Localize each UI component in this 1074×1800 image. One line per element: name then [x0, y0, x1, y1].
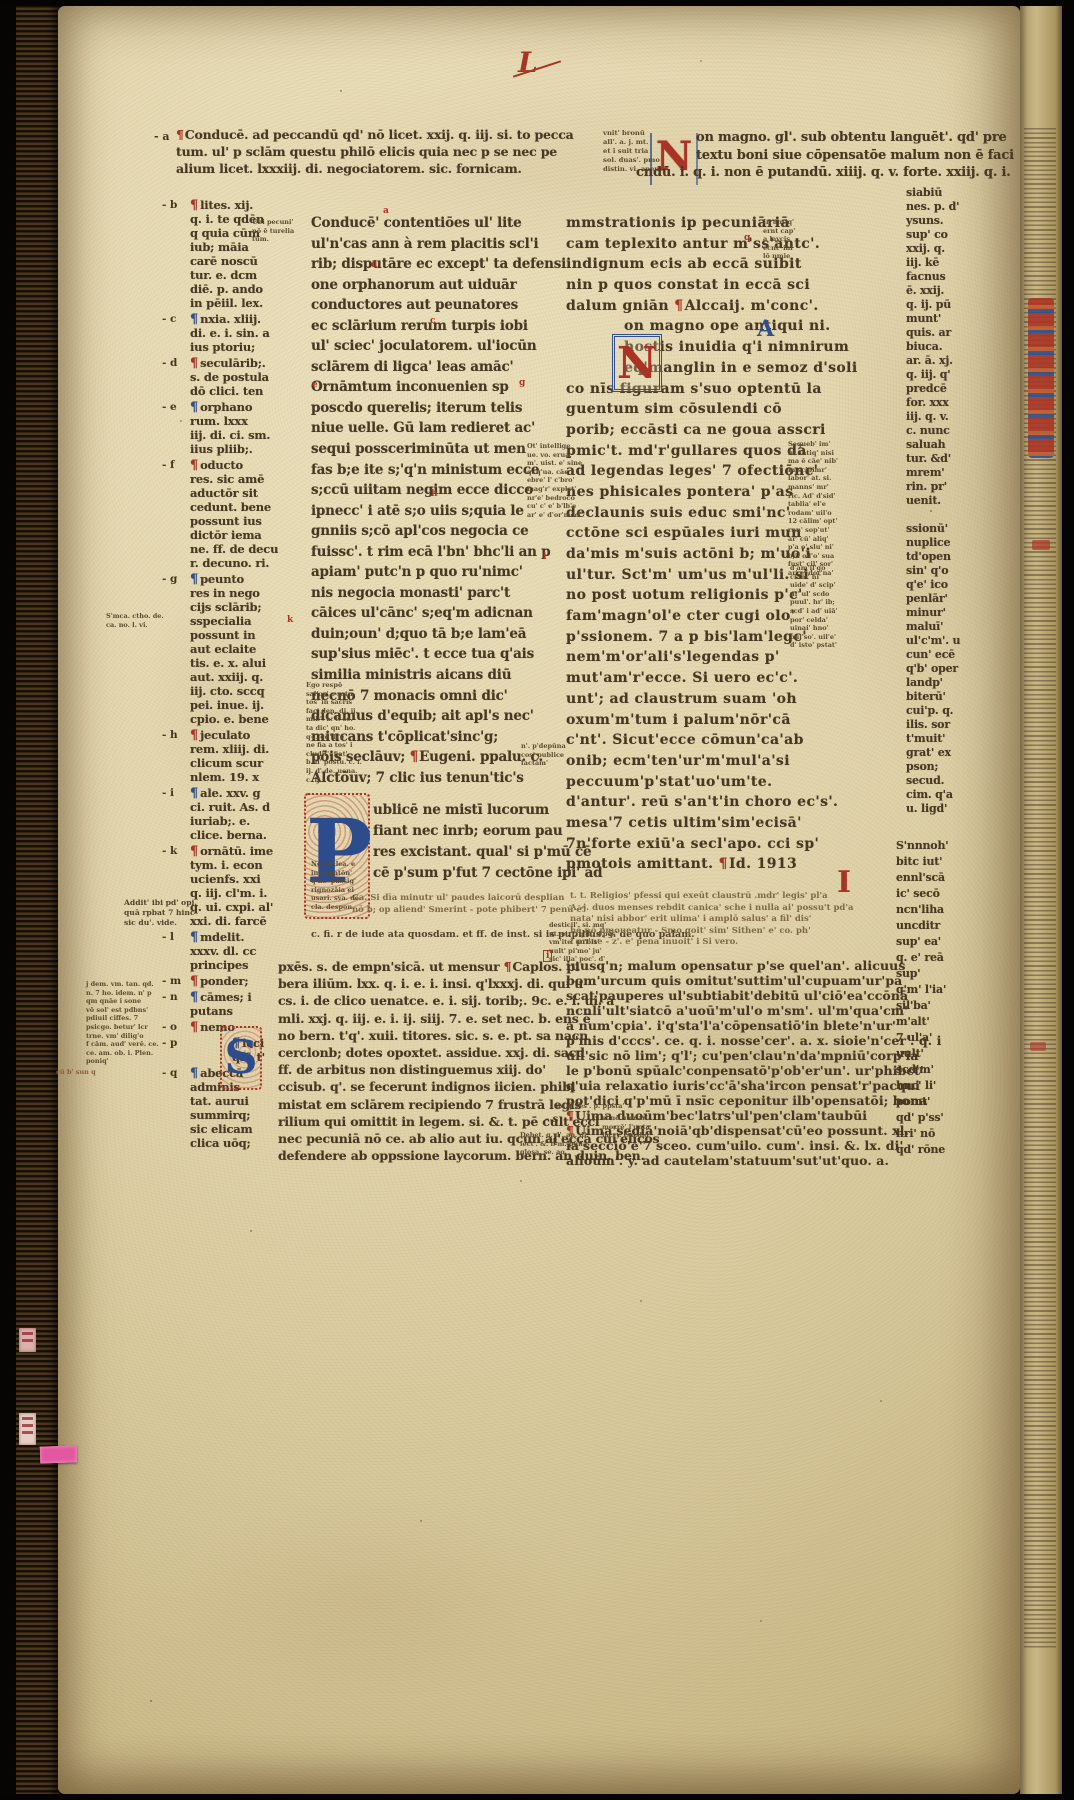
text-line: facnus	[906, 270, 959, 284]
text-line: tym. i. econ	[190, 858, 310, 872]
text-line: lō nmie	[763, 252, 795, 261]
text-line: ¶lites. xij.	[190, 198, 310, 212]
top-left-gloss-block: ¶Conducē. ad peccandū qd' nō licet. xxij…	[176, 126, 574, 177]
paraph-mark: ¶	[190, 356, 200, 371]
text-line: c. nunc	[906, 424, 959, 438]
text-line: t. t. Religios' pfessi qui exeūt claustr…	[570, 891, 853, 903]
bookmark-tab-pink-upper	[19, 1328, 36, 1352]
text-line: ut. e'. i. q'd'. d'pos'	[549, 930, 618, 939]
text-line: tos' in sacris	[306, 698, 362, 707]
text-line: biterū'	[906, 690, 960, 704]
text-line: Addit' ibi pd' opi.	[124, 898, 197, 908]
text-line: diē. p. ando	[190, 282, 310, 296]
text-line: q. ij. pū	[906, 298, 959, 312]
entry-marker-letter: - i	[162, 787, 174, 799]
text-line: ¶ornātū. ime	[190, 844, 310, 858]
text-line: n'. p'depūna	[521, 742, 566, 751]
reference-mark: - s	[545, 1114, 558, 1125]
reference-mark: d	[371, 260, 377, 270]
text-line: ius ptoriu;	[190, 340, 310, 354]
text-line: uncditr	[896, 918, 948, 934]
text-line: iij. di. ci. sm.	[190, 428, 310, 442]
margin-note-antiq: In antiq'ernt cap'a laycisecnt' inilō nm…	[763, 218, 795, 261]
text-line: hnc' li'	[896, 1078, 948, 1094]
text-line: xxij. q.	[906, 242, 959, 256]
text-line: sil'ba'	[896, 998, 948, 1014]
intercolumn-gloss-ot: Ot' intelligeue. vo. erua.m'. uist. e' s…	[527, 442, 582, 519]
paraph-mark: ¶	[190, 974, 200, 989]
text-line: ¶jeculato	[190, 728, 310, 742]
text-line: ebre' l' c'bro'	[527, 476, 582, 485]
text-line: ¶nxia. xliij.	[190, 312, 310, 326]
margin-note-sequeb: Sequeb' im'in antiq' nisima ē cāe' nib'i…	[788, 440, 838, 578]
text-line: Ca. Si dīa minutr ul' paudes laicorū des…	[352, 893, 584, 905]
text-line: vm'ite' uo'bis'	[549, 938, 618, 947]
reference-mark: a	[383, 206, 389, 216]
text-line: ¶peunto	[190, 572, 310, 586]
text-line: res. sic amē	[190, 472, 310, 486]
text-line: qm qnāe i sone	[86, 997, 159, 1006]
text-line: ¶ale. xxv. g	[190, 786, 310, 800]
text-line: penlār'	[906, 592, 960, 606]
text-line: q. iij. q'	[906, 368, 959, 382]
text-line: ul'c'm'. u	[906, 634, 960, 648]
margin-gloss-entry: - b¶lites. xij.q. i. te qdēnq quia cūmiu…	[190, 198, 310, 310]
text-line: sclārem di ligca' leas amāc'	[311, 357, 565, 378]
text-line: peccuum'p'stat'uo'um'te.	[566, 772, 914, 793]
entry-marker-letter: - f	[162, 459, 175, 471]
text-line: poscdo querelis; iterum telis	[311, 398, 565, 419]
intercolumn-gloss-destic: desticil'. si. mq'ut. e'. i. q'd'. d'pos…	[549, 921, 618, 964]
paraph-mark: ¶	[719, 856, 729, 872]
text-line: S'mca. ctho. de.	[106, 612, 164, 621]
text-line: sup'	[896, 966, 948, 982]
text-line: mag'r' explct'	[527, 485, 582, 494]
text-line: qd' p'ss'	[896, 1110, 948, 1126]
margin-note-dam: d'am'il'goclam' hi'uide' d' scip'ni' ul'…	[790, 564, 838, 650]
text-line: ul' sciec' joculatorem. ul'iocūn	[311, 336, 565, 357]
text-line: ad legendas leges' 7 ofectiōnc'	[566, 461, 914, 482]
text-line: ne. ff. de decu	[190, 542, 310, 556]
facing-folio-decorated-initial	[1028, 298, 1054, 458]
text-line: pmotois amittant. ¶Id. 1913	[566, 854, 914, 875]
text-line: di. e. i. sin. a	[190, 326, 310, 340]
text-line: predcē	[906, 382, 959, 396]
text-line: u. ligd'	[906, 802, 960, 816]
text-line: Ego respō	[306, 681, 362, 690]
text-line: guentum sim cōsulendi cō	[566, 399, 914, 420]
text-line: munt'	[906, 312, 959, 326]
text-line: ta dic' qn' ho.	[306, 724, 362, 733]
text-line: one orphanorum aut uiduār	[311, 275, 565, 296]
text-line: landp'	[906, 676, 960, 690]
text-line: glosa. se. ao.	[520, 1148, 589, 1157]
text-line: ucienfs. xxi	[190, 872, 310, 886]
text-line: factam'	[521, 759, 566, 768]
text-line: td'open	[906, 550, 960, 564]
text-line: sal'os' o satu	[306, 690, 362, 699]
text-line: ni' ul' scdo	[790, 590, 838, 599]
text-line: pomt'	[896, 1094, 948, 1110]
text-line: uide' d' scip'	[790, 581, 838, 590]
text-line: ar' e' d'or'mōd'	[527, 511, 582, 520]
text-line: uult'	[896, 1046, 948, 1062]
text-line: nis negocia monasti' parc't	[311, 583, 565, 604]
text-line: possunt in	[190, 628, 310, 642]
text-line: q. ui. cxpi. al'	[190, 900, 310, 914]
text-line: lacry. Gaishg'	[602, 1131, 651, 1140]
text-line: mrem'	[906, 466, 959, 480]
margin-note-addit: Addit' ibi pd' opi.quā rpbat 7 hincsic d…	[124, 898, 197, 928]
text-line: ennl'scā	[896, 870, 948, 886]
text-line: rignozāia ei	[311, 886, 361, 895]
text-line: vō sol' est pdbns'	[86, 1006, 159, 1015]
paraph-mark: ¶	[190, 312, 200, 327]
paraph-mark: ¶	[190, 844, 200, 859]
text-line: q'uia relaxatio iuris'cc'ā'sha'ircon pen…	[566, 1078, 942, 1093]
entry-marker-letter: - b	[162, 199, 177, 211]
text-line: hri' nō	[896, 1126, 948, 1142]
margin-gloss-entry: - d¶seculārib;.s. de postuladō clici. te…	[190, 356, 310, 398]
text-line: In antiq'	[763, 218, 795, 227]
text-line: cu' c' e' b'lb'e	[527, 502, 582, 511]
text-line: ma ē cāe' nib'	[788, 457, 838, 466]
text-line: ca. no. l. vi.	[106, 621, 164, 630]
text-line: pul'so'. uil'e'	[790, 633, 838, 642]
entry-marker-letter: - l	[162, 931, 174, 943]
text-line: q'e' ico	[906, 578, 960, 592]
text-line: maluī'	[906, 620, 960, 634]
text-line: ia'secciō'e'7 sceo. cum'uilo. cum'. insi…	[566, 1138, 942, 1153]
header-incipit-block: on magno. gl'. sub obtentu languēt'. qd'…	[696, 129, 1014, 182]
text-line: ne fia a tos' i	[306, 741, 362, 750]
text-line: usari. sva. de.	[311, 894, 361, 903]
text-line: ric. Ad' d'sid'	[788, 492, 838, 501]
text-line: nin p quos constat in eccā sci	[566, 275, 914, 296]
text-line: alioūm'. y. ad cautelam'statuum'sut'ut'q…	[566, 1153, 942, 1168]
text-line: fam'magn'ol'e cter cugi olo'	[566, 606, 914, 627]
text-line: m'. uist. e' sine	[527, 459, 582, 468]
text-line: scd' i ad' uiā'	[790, 607, 838, 616]
text-line: Ne si clea. e	[311, 860, 361, 869]
reference-mark: i	[543, 950, 552, 962]
text-line: r. decuno. ri.	[190, 556, 310, 570]
text-line: mlb'. a. t. se.	[306, 715, 362, 724]
text-line: iij. q. v.	[906, 410, 959, 424]
text-line: Sequeb' im'	[788, 440, 838, 449]
text-line: trne. vm' dilig'o	[86, 1032, 159, 1041]
text-line: niue uelle. Gū lam redieret ac'	[311, 418, 565, 439]
text-line: unt'; ad claustrum suam 'oh	[566, 689, 914, 710]
quire-mark-red: L	[518, 44, 560, 88]
text-line: clice. berna.	[190, 828, 310, 842]
text-line: Ubi pecuni'	[252, 218, 294, 227]
text-line: in antiq' nisi	[788, 449, 838, 458]
text-line: s. de postula	[190, 370, 310, 384]
text-line: porib; eccāsti ca ne goua asscri	[566, 420, 914, 441]
text-line: b. d' postu. c. i.	[306, 758, 362, 767]
text-line: p'a o' slu' ni'	[788, 543, 838, 552]
margin-gloss-entry: - i¶ale. xxv. gci. ruit. As. diuriab;. e…	[190, 786, 310, 842]
text-line: nes. p. d'	[906, 200, 959, 214]
text-line: cla. despon.	[311, 903, 361, 912]
text-line: declaunis suis educ smi'nc'	[566, 503, 914, 524]
text-line: tum. ul' p sclām questu philō elicis qui…	[176, 143, 574, 160]
text-line: rodam' uil'o	[788, 509, 838, 518]
text-line: alium licet. lxxxiij. di. negociatorem. …	[176, 160, 574, 177]
text-line: nem'm'or'ali's'legendas p'	[566, 647, 914, 668]
text-line: rum. lxxx	[190, 414, 310, 428]
text-line: saluah	[906, 438, 959, 452]
text-line: possunt ius	[190, 514, 310, 528]
text-line: sic du'. vide.	[124, 918, 197, 928]
text-line: minur'	[906, 606, 960, 620]
text-line: ij. d' de. uena.	[306, 767, 362, 776]
text-line: dictōr iema	[190, 528, 310, 542]
text-line: cui'p. q.	[906, 704, 960, 718]
text-line: p'ssionem. 7 a p bis'lam'legc'	[566, 627, 914, 648]
text-line: desticil'. si. mq'	[549, 921, 618, 930]
text-line: nuplice	[906, 536, 960, 550]
text-line: no post uotum religionis p'c'	[566, 585, 914, 606]
text-line: aductōr sit	[190, 486, 310, 500]
bookmark-tab-pale	[19, 1413, 36, 1445]
text-line: ssionū'	[906, 522, 960, 536]
text-line: d' isto' pstat'	[790, 641, 838, 650]
text-line: apiam' putc'n p quo ru'nimc'	[311, 562, 565, 583]
text-line: nes phisicales pontera' p'as	[566, 482, 914, 503]
intercolumn-gloss-sino: si nō uiduar'mozrē' l'untalacry. Gaishg'	[602, 1114, 651, 1140]
right-margin-gloss-middle: ssionū'nuplicetd'opensin' q'oq'e' icopen…	[906, 522, 960, 816]
text-line: ar' cū' aliq'	[788, 535, 838, 544]
text-line: ncnli'ult'siatcō a'uoū'm'ul'o m'sm'. ul'…	[566, 1003, 942, 1018]
text-line: cijs sclārib;	[190, 600, 310, 614]
text-line: pmic't. md'r'gullares quos dā	[566, 441, 914, 462]
text-line: res in nego	[190, 586, 310, 600]
margin-gloss-entry: - k¶ornātū. imetym. i. econucienfs. xxiq…	[190, 844, 310, 928]
text-line: Conducē' contentiōes ul' lite	[311, 213, 565, 234]
text-line: d'antur'. reū s'an't'in choro ec's'.	[566, 792, 914, 813]
text-line: tum.	[252, 235, 294, 244]
margin-gloss-entry: - e¶orphanorum. lxxxiij. di. ci. sm.iius…	[190, 400, 310, 456]
paraph-mark: ¶	[674, 298, 684, 314]
text-line: por' celda'	[790, 616, 838, 625]
margin-note-cu: cū b' sun q	[56, 1068, 96, 1077]
text-line: clam' hi'	[790, 573, 838, 582]
text-line: scd'm'	[896, 1062, 948, 1078]
text-line: iij. cto. sccq	[190, 684, 310, 698]
text-line: q. iij. cl'm. i.	[190, 886, 310, 900]
text-line: cpio. e. bene	[190, 712, 310, 726]
text-line: iij. kē	[906, 256, 959, 270]
text-line: S'nnnoh'	[896, 838, 948, 854]
gloss-marker-a: - a	[154, 130, 170, 143]
text-line: nlem. 19. x	[190, 770, 310, 784]
text-line: ic' secō	[896, 886, 948, 902]
text-line: fac' den. di. ij.	[306, 707, 362, 716]
facing-folio-rubric-mark	[1030, 1042, 1046, 1051]
text-line: indignum ecis ab eccā suibit	[566, 254, 914, 275]
text-line: cludit'. fiat'	[306, 750, 362, 759]
text-line: textu boni siue cōpensatōe malum non ē f…	[696, 147, 1014, 165]
text-line: sic' illa' poc'. d'	[549, 955, 618, 964]
margin-note-smca: S'mca. ctho. de.ca. no. l. vi.	[106, 612, 164, 629]
text-line: a num'cpia'. i'q'sta'l'a'cōpensatiō'in b…	[566, 1018, 942, 1033]
text-line: fuissc'. t rim ecā l'bn' bhc'li an p	[311, 542, 565, 563]
text-line: m'alt'	[896, 1014, 948, 1030]
book-spine-page-edges	[16, 0, 60, 1800]
main-text-column-right: mmstrationis ip pecuniāriācam teplexito …	[566, 213, 914, 875]
text-line: bom'urcum quis omitut'suttim'ul'cupuam'u…	[566, 973, 942, 988]
text-line: cam teplexito antur m'ss'antc'.	[566, 234, 914, 255]
text-line: scat'pauperes ul'subtiabit'debitū ul'ciō…	[566, 988, 942, 1003]
reference-mark: i	[543, 552, 546, 562]
text-line: le p'bonū spūalc'conpensatō'p'ob'er'un'.…	[566, 1063, 942, 1078]
text-line: on magno. gl'. sub obtentu languēt'. qd'…	[696, 129, 1014, 147]
text-line: t'muit'	[906, 732, 960, 746]
manuscript-photo: L - a ¶Conducē. ad peccandū qd' nō licet…	[0, 0, 1074, 1800]
text-line: q ne' passig'	[311, 877, 361, 886]
text-line: rem. xliij. di.	[190, 742, 310, 756]
paraph-mark: ¶	[190, 786, 200, 801]
text-line: in scipimr'	[788, 466, 838, 475]
decorated-initial-S: S	[220, 1026, 262, 1090]
text-line: sin' q'o	[906, 564, 960, 578]
text-line: dalum gniān ¶Alccaij. m'conc'.	[566, 296, 914, 317]
margin-gloss-entry: - h¶jeculatorem. xliij. di.clicum scurnl…	[190, 728, 310, 784]
text-line: secud.	[906, 774, 960, 788]
text-line: mut'am'r'ecce. Si uero ec'c'.	[566, 668, 914, 689]
text-line: rnn' sop'ut'	[788, 526, 838, 535]
text-line: conductores aut peunatores	[311, 295, 565, 316]
text-line: rib; disputāre ec except' ta defensi	[311, 254, 565, 275]
text-line: carē noscū	[190, 254, 310, 268]
text-line: ue. vo. erua.	[527, 451, 582, 460]
text-line: uinai' hno'	[790, 624, 838, 633]
text-line: tur. &d'	[906, 452, 959, 466]
text-line: ¶mdelit.	[190, 930, 310, 944]
text-line: cctōne sci espūales iuri mun	[566, 523, 914, 544]
text-line: ¶orphano	[190, 400, 310, 414]
text-line: n. 7 ho. idem. n' p	[86, 989, 159, 998]
text-line: in pēiil. lex.	[190, 296, 310, 310]
text-line: clicum scur	[190, 756, 310, 770]
text-line: oxum'm'tum i palum'nōr'cā	[566, 710, 914, 731]
text-line: quis. ar	[906, 326, 959, 340]
decorated-initial-N: N	[612, 334, 662, 392]
intercolumn-gloss-ndep: n'. p'depūnacos' publicefactam'	[521, 742, 566, 768]
text-line: j dem. vm. tan. qd.	[86, 980, 159, 989]
paraph-mark: ¶	[190, 728, 200, 743]
text-line: ar. ā. xj.	[906, 354, 959, 368]
bookmark-tab-magenta	[40, 1445, 78, 1463]
paraph-mark: ¶	[190, 458, 200, 473]
text-line: mmstrationis ip pecuniāriā	[566, 213, 914, 234]
paraph-mark: ¶	[176, 127, 185, 142]
paraph-mark: ¶	[190, 1020, 200, 1035]
text-line: nō ē turelia	[252, 227, 294, 236]
text-line: b;il od'o' sua	[788, 552, 838, 561]
text-line: aut. xxiij. q.	[190, 670, 310, 684]
text-line: qd' rōne	[896, 1142, 948, 1158]
text-line: iius pliib;.	[190, 442, 310, 456]
intercolumn-gloss-ego: Ego respōsal'os' o satutos' in sacrisfac…	[306, 681, 362, 784]
text-line: ec sclārium rerum turpis iobi	[311, 316, 565, 337]
text-line: cū b' sun q	[56, 1068, 96, 1077]
paraph-mark: ¶	[190, 990, 200, 1005]
entry-marker-letter: - h	[162, 729, 178, 741]
text-line: duin;oun' d;quo tā b;e lam'eā	[311, 624, 565, 645]
background-bottom	[0, 1794, 1074, 1800]
text-line: ci. ruit. As. d	[190, 800, 310, 814]
reference-mark: k	[287, 615, 293, 625]
reference-mark: - t	[545, 1137, 557, 1148]
text-line: poniq'	[86, 1057, 159, 1066]
entry-marker-letter: - q	[162, 1067, 177, 1079]
text-line: mesa'7 cetis ultim'sim'ecisā'	[566, 813, 914, 834]
text-line: gnniis s;cō apl'cos negocia ce	[311, 521, 565, 542]
reference-mark: A	[757, 316, 774, 342]
entry-marker-letter: - c	[162, 313, 176, 325]
text-line: q-ī. qd' b'e	[306, 733, 362, 742]
facing-folio-rubric-mark	[1032, 540, 1050, 550]
text-line: 12 cālim' opt'	[788, 517, 838, 526]
reference-mark: h	[431, 489, 438, 499]
text-line: ¶oducto	[190, 458, 310, 472]
margin-gloss-entry: - f¶oductores. sic amēaductōr sitcedunt.…	[190, 458, 310, 570]
text-line: sup'sius miēc'. t ecce tua q'ais	[311, 644, 565, 665]
text-line: iuusq'n; malum opensatur p'se quel'an'. …	[566, 958, 942, 973]
intercolumn-gloss-nesi: Ne si clea. einsinuatōn'q ne' passig'rig…	[311, 860, 361, 912]
text-line: cedunt. bene	[190, 500, 310, 514]
paraph-mark: ¶	[190, 930, 200, 945]
text-line: grat' ex	[906, 746, 960, 760]
text-line: A.-j. duos menses rebdit canica' sche i …	[570, 903, 853, 915]
margin-gloss-entry: - c¶nxia. xliij.di. e. i. sin. aius ptor…	[190, 312, 310, 354]
text-line: tablia' el'e	[788, 500, 838, 509]
text-line: pson;	[906, 760, 960, 774]
paraph-mark: ¶	[190, 400, 200, 415]
text-line: psicgo. betur' lcr	[86, 1023, 159, 1032]
text-line: tur. e. dcm	[190, 268, 310, 282]
paraph-mark: ¶	[504, 959, 513, 974]
text-line: pdiuil ciffes. 7	[86, 1014, 159, 1023]
paraph-mark: ¶	[190, 572, 200, 587]
text-line: q'm' l'ia'	[896, 982, 948, 998]
text-line: q. e' reā	[896, 950, 948, 966]
text-line: d'am'il'go	[790, 564, 838, 573]
text-line: uenit.	[906, 494, 959, 508]
right-margin-gloss-lower: S'nnnoh'bitc iut'ennl'scāic' secōncn'lih…	[896, 838, 948, 1158]
text-line: insinuatōn'	[311, 869, 361, 878]
margin-gloss-entry: - g¶peuntores in negocijs sclārib;sspeci…	[190, 572, 310, 726]
entry-marker-letter: - e	[162, 401, 177, 413]
text-line: ysuns.	[906, 214, 959, 228]
text-line: bitc iut'	[896, 854, 948, 870]
text-line: ul'n'cas ann à rem placitis scl'i	[311, 234, 565, 255]
text-line: tis. e. x. alui	[190, 656, 310, 670]
text-line: onib; ecm'ten'ur'm'mul'a'si	[566, 751, 914, 772]
entry-marker-letter: - o	[162, 1021, 177, 1033]
text-line: Ot' intellige	[527, 442, 582, 451]
intercolumn-gloss-deq: de q' res'. p. ppsta'	[556, 1102, 625, 1111]
text-line: sup' ea'	[896, 934, 948, 950]
text-line: f cām. aud' verē. ce.	[86, 1040, 159, 1049]
margin-note-ubi: Ubi pecuni'nō ē tureliatum.	[252, 218, 294, 244]
text-line: ncn'liha	[896, 902, 948, 918]
text-line: xxi. di. farcē	[190, 914, 310, 928]
cursive-addition-left: Ca. Si dīa minutr ul' paudes laicorū des…	[352, 893, 584, 916]
